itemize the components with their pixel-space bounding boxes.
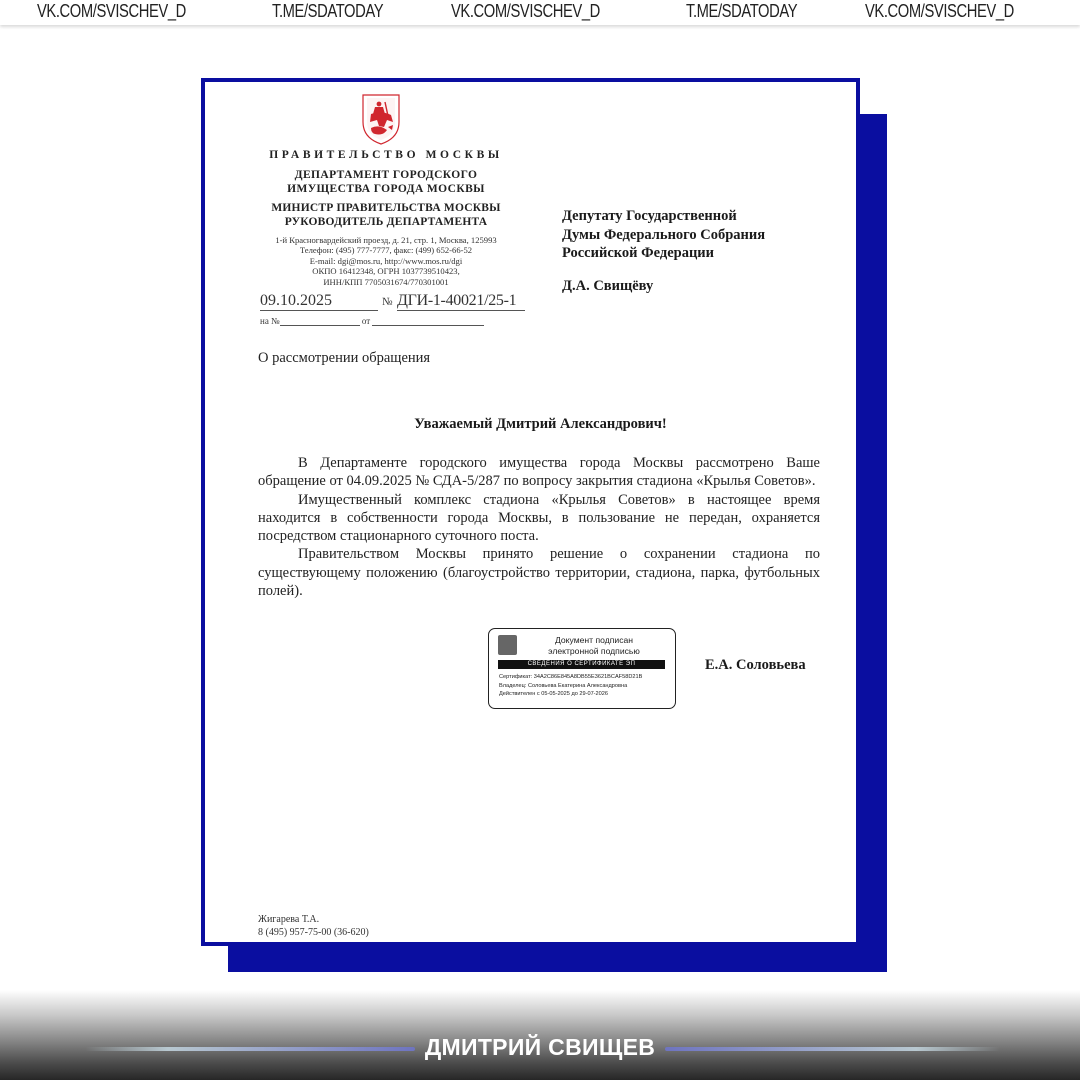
- paragraph: Правительством Москвы принято решение о …: [258, 545, 820, 600]
- department-title: ДЕПАРТАМЕНТ ГОРОДСКОГО ИМУЩЕСТВА ГОРОДА …: [251, 168, 521, 196]
- letter-subject: О рассмотрении обращения: [258, 350, 430, 367]
- paragraph: В Департаменте городского имущества горо…: [258, 454, 820, 491]
- minister-line: МИНИСТР ПРАВИТЕЛЬСТВА МОСКВЫ: [251, 201, 521, 215]
- inn-line: ИНН/КПП 7705031674/770301001: [251, 277, 521, 287]
- email-line: E-mail: dgi@mos.ru, http://www.mos.ru/dg…: [251, 256, 521, 266]
- watermark-vk: VK.COM/SVISCHEV_D: [865, 1, 1014, 22]
- certificate-validity: Действителен с 05-05-2025 до 29-07-2026: [499, 690, 642, 699]
- moscow-emblem-icon: [498, 635, 517, 655]
- addressee-block: Депутату Государственной Думы Федерально…: [562, 207, 765, 263]
- addressee-line: Российской Федерации: [562, 244, 765, 263]
- reference-line: на № от: [260, 316, 500, 326]
- department-line: ДЕПАРТАМЕНТ ГОРОДСКОГО: [251, 168, 521, 182]
- executor-info: Жигарева Т.А. 8 (495) 957-75-00 (36-620): [258, 914, 369, 939]
- ref-blank: [280, 317, 360, 326]
- watermark-vk: VK.COM/SVISCHEV_D: [451, 1, 600, 22]
- government-title: ПРАВИТЕЛЬСТВО МОСКВЫ: [251, 149, 521, 161]
- minister-title: МИНИСТР ПРАВИТЕЛЬСТВА МОСКВЫ РУКОВОДИТЕЛ…: [251, 201, 521, 229]
- certificate-id: Сертификат: 34A2C86E845A8DB55E3621BCAF58…: [499, 673, 642, 682]
- registration-date: 09.10.2025: [260, 292, 378, 311]
- watermark-telegram: T.ME/SDATODAY: [272, 1, 383, 22]
- signature-title: Документ подписан электронной подписью: [519, 635, 669, 656]
- addressee-name: Д.А. Свищёву: [562, 278, 653, 295]
- watermark-strip: VK.COM/SVISCHEV_D T.ME/SDATODAY VK.COM/S…: [0, 0, 1080, 25]
- official-letter: ПРАВИТЕЛЬСТВО МОСКВЫ ДЕПАРТАМЕНТ ГОРОДСК…: [201, 78, 860, 946]
- addressee-line: Депутату Государственной: [562, 207, 765, 226]
- phone-line: Телефон: (495) 777-7777, факс: (499) 652…: [251, 245, 521, 255]
- from-blank: [372, 317, 484, 326]
- executor-phone: 8 (495) 957-75-00 (36-620): [258, 927, 369, 940]
- address-line: 1-й Красногвардейский проезд, д. 21, стр…: [251, 235, 521, 245]
- department-line: ИМУЩЕСТВА ГОРОДА МОСКВЫ: [251, 182, 521, 196]
- watermark-telegram: T.ME/SDATODAY: [686, 1, 797, 22]
- from-label: от: [362, 316, 370, 326]
- department-contacts: 1-й Красногвардейский проезд, д. 21, стр…: [251, 235, 521, 287]
- banner-author-name: ДМИТРИЙ СВИЩЕВ: [0, 1034, 1080, 1061]
- minister-line: РУКОВОДИТЕЛЬ ДЕПАРТАМЕНТА: [251, 215, 521, 229]
- signature-title-line: электронной подписью: [519, 646, 669, 657]
- signer-name: Е.А. Соловьева: [705, 657, 806, 674]
- letter-body: В Департаменте городского имущества горо…: [258, 454, 820, 600]
- certificate-details: Сертификат: 34A2C86E845A8DB55E3621BCAF58…: [499, 673, 642, 699]
- certificate-owner: Владелец: Соловьева Екатерина Александро…: [499, 682, 642, 691]
- registration-number: ДГИ-1-40021/25-1: [397, 292, 525, 311]
- electronic-signature-stamp: Документ подписан электронной подписью С…: [488, 628, 676, 709]
- addressee-line: Думы Федерального Собрания: [562, 226, 765, 245]
- watermark-vk: VK.COM/SVISCHEV_D: [37, 1, 186, 22]
- ref-label: на №: [260, 316, 280, 326]
- registration-line: 09.10.2025 № ДГИ-1-40021/25-1: [260, 292, 530, 312]
- number-sign: №: [382, 296, 393, 308]
- okpo-line: ОКПО 16412348, ОГРН 1037739510423,: [251, 266, 521, 276]
- certificate-band: СВЕДЕНИЯ О СЕРТИФИКАТЕ ЭП: [498, 660, 665, 669]
- moscow-coat-of-arms-icon: [357, 92, 405, 146]
- paragraph: Имущественный комплекс стадиона «Крылья …: [258, 491, 820, 546]
- greeting: Уважаемый Дмитрий Александрович!: [205, 416, 856, 433]
- executor-name: Жигарева Т.А.: [258, 914, 369, 927]
- signature-title-line: Документ подписан: [519, 635, 669, 646]
